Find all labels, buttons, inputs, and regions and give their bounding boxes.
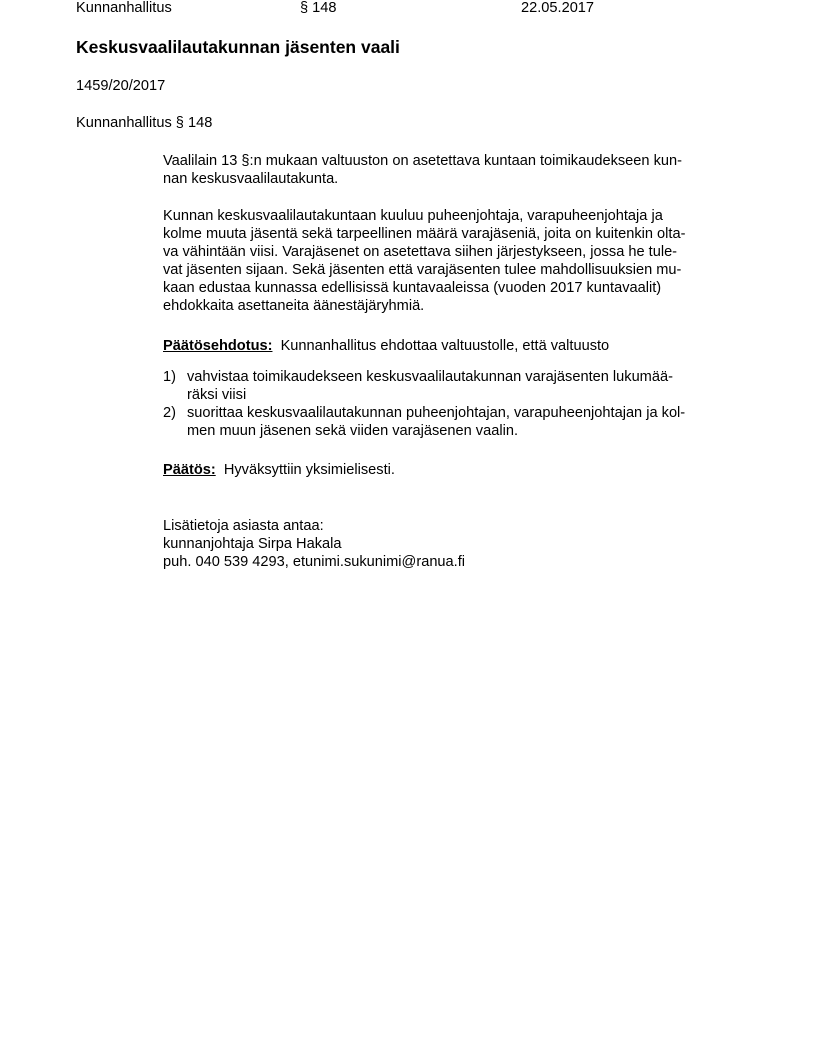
contact-line: Lisätietoja asiasta antaa: — [163, 517, 743, 535]
decision-text: Hyväksyttiin yksimielisesti. — [224, 462, 395, 478]
proposal: Päätösehdotus: Kunnanhallitus ehdottaa v… — [163, 337, 743, 355]
contact-line: kunnanjohtaja Sirpa Hakala — [163, 535, 743, 553]
list-line: vahvistaa toimikaudekseen keskusvaalilau… — [187, 368, 743, 386]
paragraph-line: kolme muuta jäsentä sekä tarpeellinen mä… — [163, 225, 743, 243]
decision: Päätös: Hyväksyttiin yksimielisesti. — [163, 461, 743, 479]
paragraph-line: vat jäsenten sijaan. Sekä jäsenten että … — [163, 261, 743, 279]
paragraph-1: Vaalilain 13 §:n mukaan valtuuston on as… — [163, 152, 743, 188]
list-line: suorittaa keskusvaalilautakunnan puheenj… — [187, 404, 743, 422]
paragraph-line: Kunnan keskusvaalilautakuntaan kuuluu pu… — [163, 207, 743, 225]
header-section: § 148 — [300, 0, 337, 17]
list-item: 2) suorittaa keskusvaalilautakunnan puhe… — [163, 404, 743, 440]
proposal-text: Kunnanhallitus ehdottaa valtuustolle, et… — [281, 338, 610, 354]
contact-line: puh. 040 539 4293, etunimi.sukunimi@ranu… — [163, 553, 743, 571]
list-number: 2) — [163, 404, 176, 422]
paragraph-2: Kunnan keskusvaalilautakuntaan kuuluu pu… — [163, 207, 743, 315]
list-line: men muun jäsenen sekä viiden varajäsenen… — [187, 422, 743, 440]
header-body: Kunnanhallitus — [76, 0, 172, 17]
section-heading: Kunnanhallitus § 148 — [76, 114, 212, 132]
paragraph-line: ehdokkaita asettaneita äänestäjäryhmiä. — [163, 297, 743, 315]
proposal-label: Päätösehdotus: — [163, 338, 272, 354]
list-number: 1) — [163, 368, 176, 386]
decision-label: Päätös: — [163, 462, 216, 478]
contact-info: Lisätietoja asiasta antaa: kunnanjohtaja… — [163, 517, 743, 571]
paragraph-line: nan keskusvaalilautakunta. — [163, 170, 743, 188]
header-date: 22.05.2017 — [521, 0, 594, 17]
paragraph-line: kaan edustaa kunnassa edellisissä kuntav… — [163, 279, 743, 297]
paragraph-line: Vaalilain 13 §:n mukaan valtuuston on as… — [163, 152, 743, 170]
list-line: räksi viisi — [187, 386, 743, 404]
paragraph-line: va vähintään viisi. Varajäsenet on asete… — [163, 243, 743, 261]
document-title: Keskusvaalilautakunnan jäsenten vaali — [76, 37, 400, 57]
reference-number: 1459/20/2017 — [76, 77, 165, 95]
list-item: 1) vahvistaa toimikaudekseen keskusvaali… — [163, 368, 743, 404]
proposal-list: 1) vahvistaa toimikaudekseen keskusvaali… — [163, 368, 743, 440]
